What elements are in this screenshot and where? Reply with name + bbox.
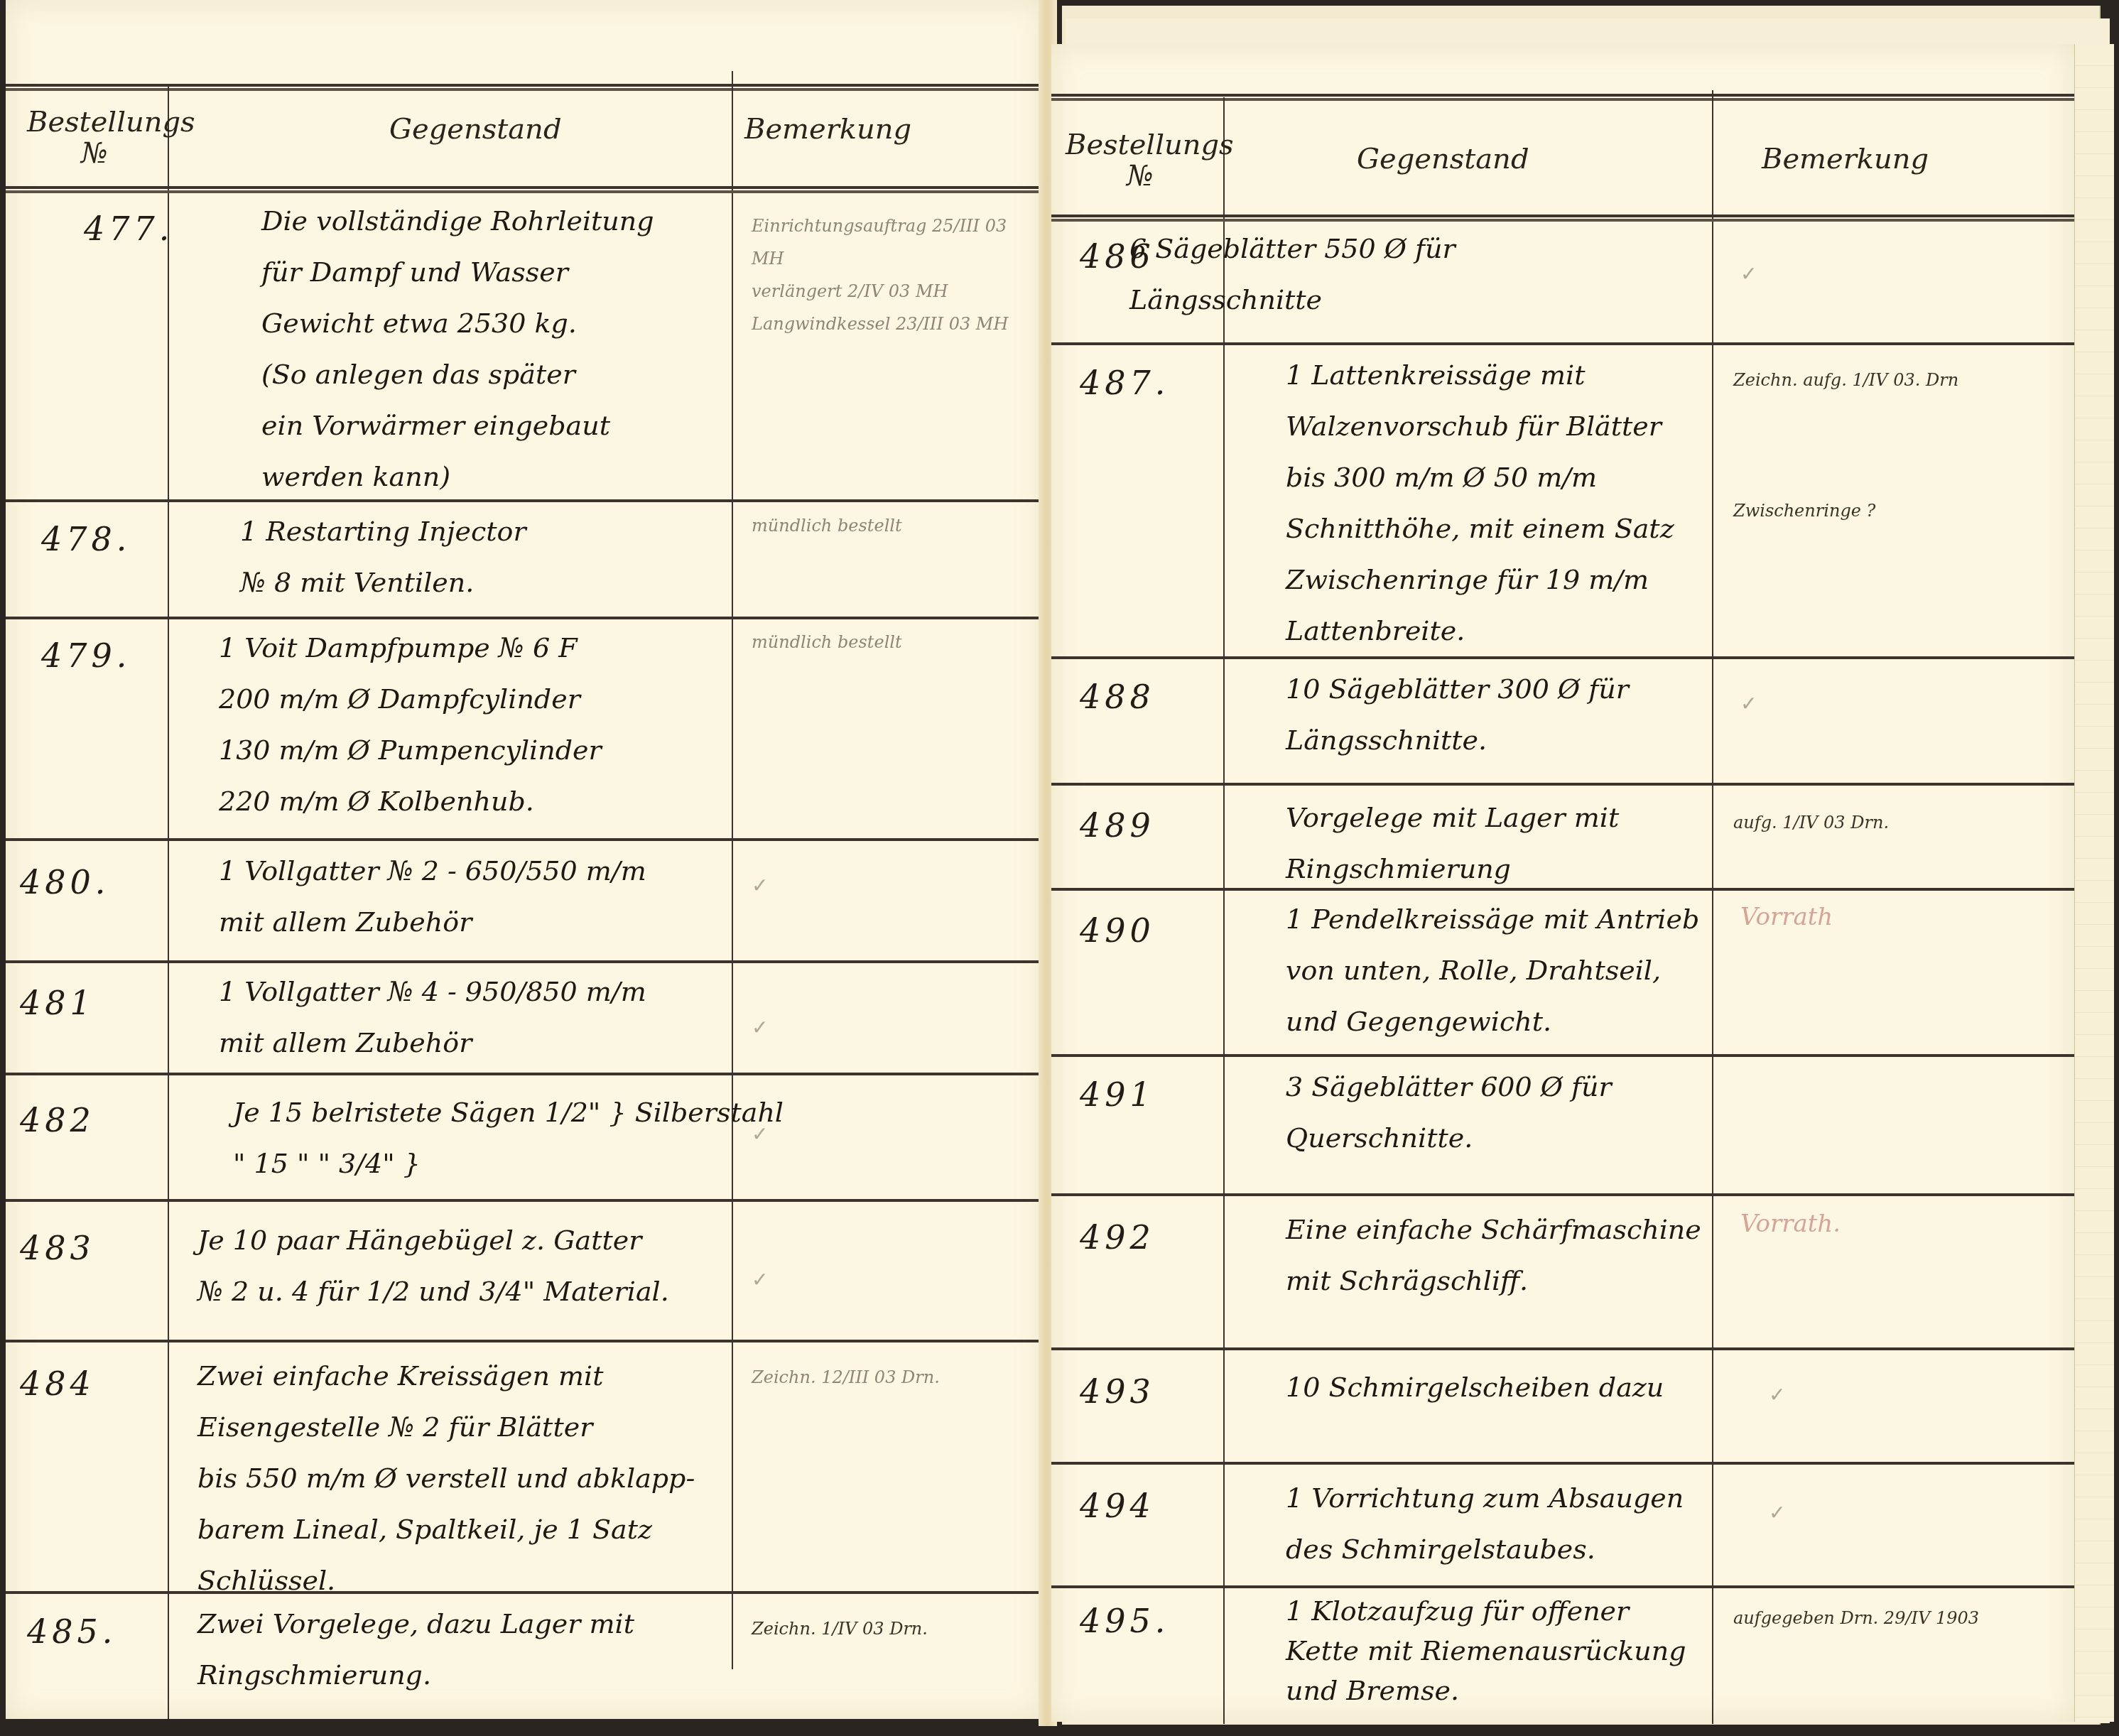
order-number: 479. [41,636,131,675]
item-description: 1 Vollgatter № 4 - 950/850 m/m mit allem… [219,966,646,1068]
item-description: 1 Pendelkreissäge mit Antrieb von unten,… [1286,894,1699,1047]
header-remark: Bemerkung [1762,143,1929,175]
remark: Zeichn. aufg. 1/IV 03. Drn Zwischenringe… [1733,364,1958,527]
row-rule [1051,888,2074,891]
row-rule [6,1591,1044,1594]
row-rule [1051,1054,2074,1057]
remark: Zeichn. 1/IV 03 Drn. [752,1612,928,1645]
order-number: 491 [1080,1075,1155,1114]
row-rule [1051,783,2074,786]
column-divider [732,71,733,1669]
row-rule [1051,1347,2074,1350]
order-number: 481 [20,984,95,1022]
remark: aufg. 1/IV 03 Drn. [1733,806,1889,839]
header-order-number: Bestellungs № [27,107,162,169]
header-remark: Bemerkung [744,114,911,145]
header-item: Gegenstand [1357,143,1529,175]
check-mark: ✓ [752,874,768,897]
remark: mündlich bestellt [752,509,902,542]
row-rule [6,838,1044,841]
order-number: 490 [1080,911,1155,950]
order-number: 492 [1080,1218,1155,1257]
item-description: Zwei einfache Kreissägen mit Eisengestel… [197,1350,695,1606]
item-description: 6 Sägeblätter 550 Ø für Längsschnitte [1129,223,1456,325]
item-description: Je 15 belristete Sägen 1/2" } Silberstah… [233,1087,784,1189]
item-description: 1 Klotzaufzug für offener Kette mit Riem… [1286,1591,1686,1710]
header-rule [1051,215,2074,217]
top-rule [1051,94,2074,97]
item-description: 3 Sägeblätter 600 Ø für Querschnitte. [1286,1061,1612,1163]
column-divider [168,84,169,1719]
check-mark: ✓ [752,1268,768,1291]
remark: mündlich bestellt [752,626,902,658]
check-mark: ✓ [1769,1383,1785,1406]
top-rule [6,84,1044,87]
order-number: 485. [27,1612,116,1651]
check-mark: ✓ [752,1016,768,1039]
order-number: 480. [20,863,109,901]
item-description: Zwei Vorgelege, dazu Lager mit Ringschmi… [197,1598,634,1700]
item-description: 1 Voit Dampfpumpe № 6 F 200 m/m Ø Dampfc… [219,622,602,827]
item-description: 1 Vorrichtung zum Absaugen des Schmirgel… [1286,1472,1684,1575]
row-rule [6,960,1044,963]
check-mark: ✓ [1740,692,1757,715]
row-rule [1051,1462,2074,1465]
check-mark: ✓ [1740,262,1757,286]
row-rule [1051,656,2074,659]
row-rule [6,499,1044,502]
ledger-page-right: Bestellungs № Gegenstand Bemerkung 486 6… [1051,44,2074,1722]
order-number: 484 [20,1365,95,1403]
item-description: 1 Vollgatter № 2 - 650/550 m/m mit allem… [219,845,646,948]
header-rule [6,186,1044,189]
remark: Zeichn. 12/III 03 Drn. [752,1361,940,1394]
row-rule [1051,1193,2074,1196]
order-number: 494 [1080,1487,1155,1525]
remark: Vorrath [1740,901,1833,933]
remark: aufgegeben Drn. 29/IV 1903 [1733,1602,1979,1634]
order-number: 488 [1080,678,1155,716]
ledger-table-left: Bestellungs № Gegenstand Bemerkung 477. … [6,0,1044,1719]
ledger-page-left: Bestellungs № Gegenstand Bemerkung 477. … [6,0,1044,1719]
order-number: 495. [1080,1602,1169,1640]
header-order-number: Bestellungs № [1066,129,1215,192]
order-number: 482 [20,1101,95,1139]
order-number: 478. [41,520,131,558]
remark: Einrichtungsauftrag 25/III 03 MH verläng… [752,210,1044,340]
remark: Vorrath. [1740,1208,1841,1240]
item-description: Vorgelege mit Lager mit Ringschmierung [1286,792,1619,894]
item-description: 1 Restarting Injector № 8 mit Ventilen. [240,506,526,608]
ruled-sheet-edge [2074,44,2114,1722]
order-number: 483 [20,1229,95,1267]
row-rule [6,1073,1044,1075]
header-item: Gegenstand [389,114,561,145]
column-divider [1223,97,1225,1724]
item-description: 10 Sägeblätter 300 Ø für Längsschnitte. [1286,663,1629,766]
check-mark: ✓ [1769,1501,1785,1524]
order-number: 489 [1080,806,1155,845]
order-number: 477. [84,210,173,248]
column-divider [1712,90,1713,1724]
item-description: 10 Schmirgelscheiben dazu [1286,1362,1664,1413]
order-number: 493 [1080,1372,1155,1411]
item-description: Je 10 paar Hängebügel z. Gatter № 2 u. 4… [197,1215,669,1317]
ledger-table-right: Bestellungs № Gegenstand Bemerkung 486 6… [1051,44,2074,1722]
row-rule [6,1340,1044,1342]
check-mark: ✓ [752,1122,768,1146]
row-rule [1051,1585,2074,1588]
row-rule [1051,342,2074,345]
item-description: 1 Lattenkreissäge mit Walzenvorschub für… [1286,349,1674,656]
row-rule [6,1199,1044,1202]
order-number: 487. [1080,364,1169,402]
item-description: Eine einfache Schärfmaschine mit Schrägs… [1286,1204,1701,1306]
row-rule [6,617,1044,619]
item-description: Die vollständige Rohrleitung für Dampf u… [261,195,654,502]
